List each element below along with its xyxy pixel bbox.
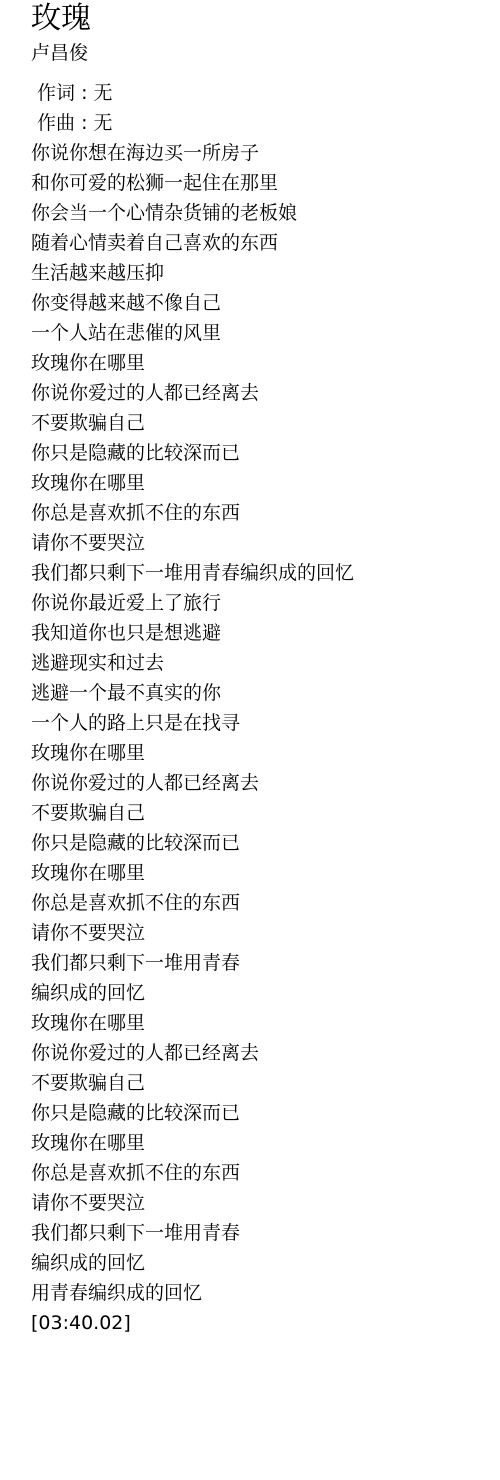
lyric-line: 玫瑰你在哪里 <box>31 348 500 378</box>
lyric-line: 我们都只剩下一堆用青春编织成的回忆 <box>31 558 500 588</box>
lyric-timestamp: [03:40.02] <box>31 1308 500 1338</box>
lyric-line: 逃避现实和过去 <box>31 648 500 678</box>
lyric-line-composer: 作曲 : 无 <box>31 108 500 138</box>
lyric-line: 请你不要哭泣 <box>31 918 500 948</box>
lyric-line: 玫瑰你在哪里 <box>31 1128 500 1158</box>
lyric-line: 玫瑰你在哪里 <box>31 738 500 768</box>
lyric-line: 逃避一个最不真实的你 <box>31 678 500 708</box>
lyric-line: 你总是喜欢抓不住的东西 <box>31 888 500 918</box>
lyric-line: 你会当一个心情杂货铺的老板娘 <box>31 198 500 228</box>
song-title: 玫瑰 <box>31 0 500 38</box>
lyric-line: 你说你爱过的人都已经离去 <box>31 768 500 798</box>
lyric-line: 你只是隐藏的比较深而已 <box>31 1098 500 1128</box>
lyric-line: 一个人站在悲催的风里 <box>31 318 500 348</box>
lyric-line: 你说你爱过的人都已经离去 <box>31 378 500 408</box>
artist-name: 卢昌俊 <box>31 38 500 68</box>
lyric-line: 你说你想在海边买一所房子 <box>31 138 500 168</box>
spacer <box>31 68 500 78</box>
lyric-line: 随着心情卖着自己喜欢的东西 <box>31 228 500 258</box>
lyric-line: 用青春编织成的回忆 <box>31 1278 500 1308</box>
lyric-line: 请你不要哭泣 <box>31 1188 500 1218</box>
lyric-line: 玫瑰你在哪里 <box>31 858 500 888</box>
lyric-line: 你只是隐藏的比较深而已 <box>31 828 500 858</box>
lyric-line: 不要欺骗自己 <box>31 1068 500 1098</box>
lyric-line: 我知道你也只是想逃避 <box>31 618 500 648</box>
lyric-line: 不要欺骗自己 <box>31 798 500 828</box>
lyric-line: 编织成的回忆 <box>31 978 500 1008</box>
lyric-line: 请你不要哭泣 <box>31 528 500 558</box>
lyric-line: 你只是隐藏的比较深而已 <box>31 438 500 468</box>
lyric-line: 你总是喜欢抓不住的东西 <box>31 1158 500 1188</box>
lyric-line: 你说你爱过的人都已经离去 <box>31 1038 500 1068</box>
lyric-line: 生活越来越压抑 <box>31 258 500 288</box>
lyrics-page: 玫瑰 卢昌俊 作词 : 无 作曲 : 无 你说你想在海边买一所房子 和你可爱的松… <box>0 0 500 1338</box>
lyric-line: 你变得越来越不像自己 <box>31 288 500 318</box>
lyric-line: 不要欺骗自己 <box>31 408 500 438</box>
lyric-line: 玫瑰你在哪里 <box>31 1008 500 1038</box>
lyric-line-lyricist: 作词 : 无 <box>31 78 500 108</box>
lyric-line: 和你可爱的松狮一起住在那里 <box>31 168 500 198</box>
lyric-line: 你说你最近爱上了旅行 <box>31 588 500 618</box>
lyric-line: 你总是喜欢抓不住的东西 <box>31 498 500 528</box>
lyric-line: 编织成的回忆 <box>31 1248 500 1278</box>
lyric-line: 我们都只剩下一堆用青春 <box>31 948 500 978</box>
lyric-line: 一个人的路上只是在找寻 <box>31 708 500 738</box>
lyrics-list: 作词 : 无 作曲 : 无 你说你想在海边买一所房子 和你可爱的松狮一起住在那里… <box>31 78 500 1338</box>
lyric-line: 我们都只剩下一堆用青春 <box>31 1218 500 1248</box>
lyric-line: 玫瑰你在哪里 <box>31 468 500 498</box>
